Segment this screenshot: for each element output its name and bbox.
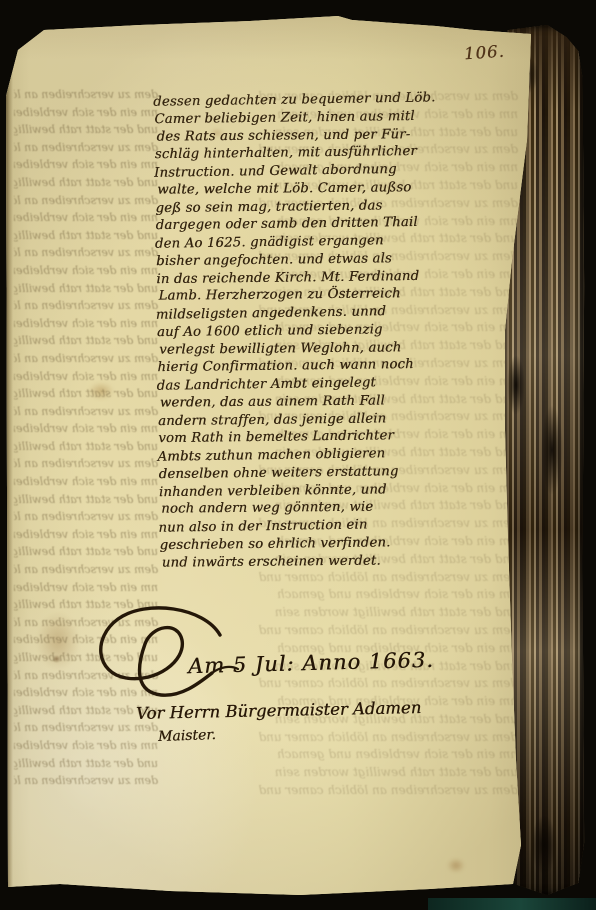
bleedthrough-line: dem zu verschreiben an löblich camer und bbox=[14, 192, 158, 210]
manuscript-line: denselben ohne weiters erstattung bbox=[159, 462, 511, 484]
bleedthrough-line: und der statt rath bewilligt worden sein bbox=[14, 596, 158, 614]
attestation-line: Maister. bbox=[158, 727, 216, 745]
bleedthrough-line: dem zu verschreiben an löblich camer und bbox=[150, 248, 518, 266]
bleedthrough-line: und der statt rath bewilligt worden sein bbox=[14, 121, 158, 139]
stain bbox=[52, 655, 61, 663]
bleedthrough-line: nm ein der sich verbleiben und gemach bbox=[150, 373, 518, 391]
bleedthrough-line: und der statt rath bewilligt worden sein bbox=[14, 385, 158, 403]
page-number: 106. bbox=[463, 42, 505, 64]
bleedthrough-line: und der statt rath bewilligt worden sein bbox=[14, 491, 158, 509]
bleedthrough-line: nm ein der sich verbleiben und gemach bbox=[150, 480, 518, 498]
manuscript-line: hierig Confirmation. auch wann noch bbox=[157, 355, 509, 377]
manuscript-line: den Ao 1625. gnädigist ergangen bbox=[155, 230, 507, 253]
bleedthrough-line: und der statt rath bewilligt worden sein bbox=[150, 391, 518, 409]
bleedthrough-line: nm ein der sich verbleiben und gemach bbox=[150, 533, 518, 551]
bleedthrough-line: nm ein der sich verbleiben und gemach bbox=[14, 579, 158, 597]
bleedthrough-line: dem zu verschreiben an löblich camer und bbox=[14, 403, 158, 421]
bleedthrough-line: dem zu verschreiben an löblich camer und bbox=[150, 462, 518, 480]
bleedthrough-line: dem zu verschreiben an löblich camer und bbox=[150, 782, 518, 800]
manuscript-line: dessen gedachten zu bequemer und Löb. bbox=[153, 88, 505, 111]
bleedthrough-line: nm ein der sich verbleiben und gemach bbox=[150, 213, 518, 231]
bleedthrough-line: dem zu verschreiben an löblich camer und bbox=[14, 772, 158, 790]
page-left-edge-shadow bbox=[4, 60, 13, 890]
bleedthrough-line: dem zu verschreiben an löblich camer und bbox=[14, 455, 158, 473]
bleedthrough-line: nm ein der sich verbleiben und gemach bbox=[14, 631, 158, 649]
bleedthrough-line: nm ein der sich verbleiben und gemach bbox=[150, 746, 518, 764]
bleedthrough-line: und der statt rath bewilligt worden sein bbox=[150, 551, 518, 569]
bleedthrough-line: und der statt rath bewilligt worden sein bbox=[150, 604, 518, 622]
manuscript-line: mildseligsten angedenkens. unnd bbox=[156, 301, 508, 324]
manuscript-line: schläg hinterhalten, mit ausführlicher bbox=[155, 142, 507, 164]
bleedthrough-line: nm ein der sich verbleiben und gemach bbox=[150, 319, 518, 337]
bleedthrough-line: nm ein der sich verbleiben und gemach bbox=[150, 266, 518, 284]
bleedthrough-line: nm ein der sich verbleiben und gemach bbox=[14, 368, 158, 386]
calligraphic-initial-flourish bbox=[92, 599, 272, 711]
stain bbox=[36, 612, 80, 670]
manuscript-line: Camer beliebigen Zeit, hinen aus mitl bbox=[154, 107, 506, 129]
manuscript-line: werden, das aus ainem Rath Fall bbox=[160, 391, 512, 412]
bleedthrough-line: und der statt rath bewilligt worden sein bbox=[14, 543, 158, 561]
manuscript-line: des Rats aus schiessen, und per Für- bbox=[157, 125, 509, 146]
bleedthrough-line: nm ein der sich verbleiben und gemach bbox=[150, 640, 518, 658]
manuscript-line: walte, welche mit Löb. Camer, außso bbox=[157, 178, 509, 199]
fore-edge-knot bbox=[531, 815, 557, 875]
bleedthrough-line: und der statt rath bewilligt worden sein bbox=[14, 174, 158, 192]
bleedthrough-line: nm ein der sich verbleiben und gemach bbox=[14, 684, 158, 702]
manuscript-line: nun also in der Instruction ein bbox=[158, 514, 510, 537]
bleedthrough-line: dem zu verschreiben an löblich camer und bbox=[150, 195, 518, 213]
manuscript-photo: dem zu verschreiben an löblich camer und… bbox=[0, 0, 596, 910]
manuscript-line: auf Ao 1600 etlich und siebenzig bbox=[157, 320, 509, 342]
stain bbox=[210, 128, 224, 138]
bleedthrough-line: dem zu verschreiben an löblich camer und bbox=[14, 139, 158, 157]
bleedthrough-line: dem zu verschreiben an löblich camer und bbox=[150, 88, 518, 106]
bleedthrough-line: dem zu verschreiben an löblich camer und bbox=[150, 515, 518, 533]
bleedthrough-line: dem zu verschreiben an löblich camer und bbox=[150, 408, 518, 426]
bleedthrough-line: und der statt rath bewilligt worden sein bbox=[150, 177, 518, 195]
bleedthrough-line: dem zu verschreiben an löblich camer und bbox=[14, 244, 158, 262]
fore-edge-knot bbox=[507, 355, 525, 415]
bleedthrough-line: dem zu verschreiben an löblich camer und bbox=[150, 569, 518, 587]
bleedthrough-line: nm ein der sich verbleiben und gemach bbox=[14, 209, 158, 227]
bleedthrough-line: dem zu verschreiben an löblich camer und bbox=[150, 141, 518, 159]
bleedthrough-line: nm ein der sich verbleiben und gemach bbox=[150, 159, 518, 177]
bleedthrough-line: dem zu verschreiben an löblich camer und bbox=[14, 86, 158, 104]
manuscript-line: inhanden verbleiben könnte, und bbox=[159, 479, 511, 501]
bleedthrough-line: und der statt rath bewilligt worden sein bbox=[150, 124, 518, 142]
date-line: Am 5 Jul: Anno 1663. bbox=[188, 648, 434, 678]
bleedthrough-line: dem zu verschreiben an löblich camer und bbox=[14, 667, 158, 685]
bleedthrough-line: dem zu verschreiben an löblich camer und bbox=[150, 729, 518, 747]
attestation-line: Vor Herrn Bürgermaister Adamen bbox=[136, 698, 422, 723]
bleedthrough-line: und der statt rath bewilligt worden sein bbox=[14, 332, 158, 350]
bleedthrough-line: und der statt rath bewilligt worden sein bbox=[14, 438, 158, 456]
bleedthrough-line: dem zu verschreiben an löblich camer und bbox=[150, 622, 518, 640]
manuscript-line: noch andern weg gönnten, wie bbox=[161, 498, 513, 519]
bleedthrough-line: dem zu verschreiben an löblich camer und bbox=[150, 355, 518, 373]
manuscript-line: Lamb. Herzherzogen zu Österreich bbox=[158, 285, 510, 306]
scanner-bed-strip bbox=[428, 898, 596, 910]
bleedthrough-line: und der statt rath bewilligt worden sein bbox=[14, 755, 158, 773]
manuscript-line: geschrieben so ehrlich verfinden. bbox=[160, 533, 512, 555]
bleedthrough-line: nm ein der sich verbleiben und gemach bbox=[150, 586, 518, 604]
bleedthrough-line: nm ein der sich verbleiben und gemach bbox=[14, 420, 158, 438]
bleedthrough-line: nm ein der sich verbleiben und gemach bbox=[14, 262, 158, 280]
manuscript-line: dargegen oder samb den dritten Thail bbox=[156, 213, 508, 235]
bleedthrough-line: dem zu verschreiben an löblich camer und bbox=[14, 561, 158, 579]
bleedthrough-line: nm ein der sich verbleiben und gemach bbox=[150, 106, 518, 124]
bleedthrough-line: dem zu verschreiben an löblich camer und bbox=[14, 614, 158, 632]
bleedthrough-line: dem zu verschreiben an löblich camer und bbox=[14, 719, 158, 737]
manuscript-line: vom Rath in bemeltes Landrichter bbox=[158, 426, 510, 448]
bleedthrough-line: dem zu verschreiben an löblich camer und bbox=[14, 297, 158, 315]
manuscript-line: verlegst bewilligten Weglohn, auch bbox=[159, 338, 511, 359]
bleedthrough-line: und der statt rath bewilligt worden sein bbox=[150, 230, 518, 248]
manuscript-line: in das reichende Kirch. Mt. Ferdinand bbox=[156, 266, 508, 288]
bleedthrough-behind-text: dem zu verschreiben an löblich camer und… bbox=[150, 88, 518, 788]
bleedthrough-line: und der statt rath bewilligt worden sein bbox=[150, 444, 518, 462]
bleedthrough-line: nm ein der sich verbleiben und gemach bbox=[14, 737, 158, 755]
bleedthrough-line: und der statt rath bewilligt worden sein bbox=[150, 711, 518, 729]
bleedthrough-line: und der statt rath bewilligt worden sein bbox=[14, 649, 158, 667]
manuscript-line: Ambts zuthun machen obligieren bbox=[157, 443, 509, 466]
manuscript-line: das Landrichter Ambt eingelegt bbox=[157, 372, 509, 395]
stain bbox=[88, 382, 114, 400]
manuscript-line: Instruction. und Gewalt abordnung bbox=[154, 159, 506, 182]
bleedthrough-line: nm ein der sich verbleiben und gemach bbox=[14, 156, 158, 174]
bleedthrough-line: dem zu verschreiben an löblich camer und bbox=[14, 508, 158, 526]
bleedthrough-line: und der statt rath bewilligt worden sein bbox=[150, 337, 518, 355]
bleedthrough-line: nm ein der sich verbleiben und gemach bbox=[150, 426, 518, 444]
bleedthrough-line: nm ein der sich verbleiben und gemach bbox=[150, 693, 518, 711]
manuscript-line: bisher angefochten. und etwas als bbox=[156, 249, 508, 271]
bleedthrough-line: nm ein der sich verbleiben und gemach bbox=[14, 526, 158, 544]
fore-edge-knot bbox=[541, 405, 563, 495]
bleedthrough-line: und der statt rath bewilligt worden sein bbox=[150, 764, 518, 782]
bleedthrough-line: nm ein der sich verbleiben und gemach bbox=[14, 104, 158, 122]
bleedthrough-column: dem zu verschreiben an löblich camer und… bbox=[14, 86, 158, 796]
bleedthrough-line: und der statt rath bewilligt worden sein bbox=[150, 658, 518, 676]
bleedthrough-line: und der statt rath bewilligt worden sein bbox=[14, 702, 158, 720]
bleedthrough-line: dem zu verschreiben an löblich camer und bbox=[150, 302, 518, 320]
bleedthrough-line: und der statt rath bewilligt worden sein bbox=[150, 284, 518, 302]
bleedthrough-line: und der statt rath bewilligt worden sein bbox=[14, 227, 158, 245]
bleedthrough-line: dem zu verschreiben an löblich camer und bbox=[14, 350, 158, 368]
manuscript-text-block: dessen gedachten zu bequemer und Löb. Ca… bbox=[154, 89, 512, 573]
manuscript-line: geß so sein mag, tractierten, das bbox=[155, 195, 507, 217]
bleedthrough-line: nm ein der sich verbleiben und gemach bbox=[14, 315, 158, 333]
stain bbox=[447, 858, 465, 873]
bleedthrough-line: dem zu verschreiben an löblich camer und bbox=[150, 675, 518, 693]
manuscript-line: andern straffen, das jenige allein bbox=[158, 408, 510, 430]
bleedthrough-line: und der statt rath bewilligt worden sein bbox=[150, 497, 518, 515]
bleedthrough-line: nm ein der sich verbleiben und gemach bbox=[14, 473, 158, 491]
manuscript-line: und inwärts erscheinen werdet. bbox=[162, 551, 514, 572]
bleedthrough-line: und der statt rath bewilligt worden sein bbox=[14, 280, 158, 298]
